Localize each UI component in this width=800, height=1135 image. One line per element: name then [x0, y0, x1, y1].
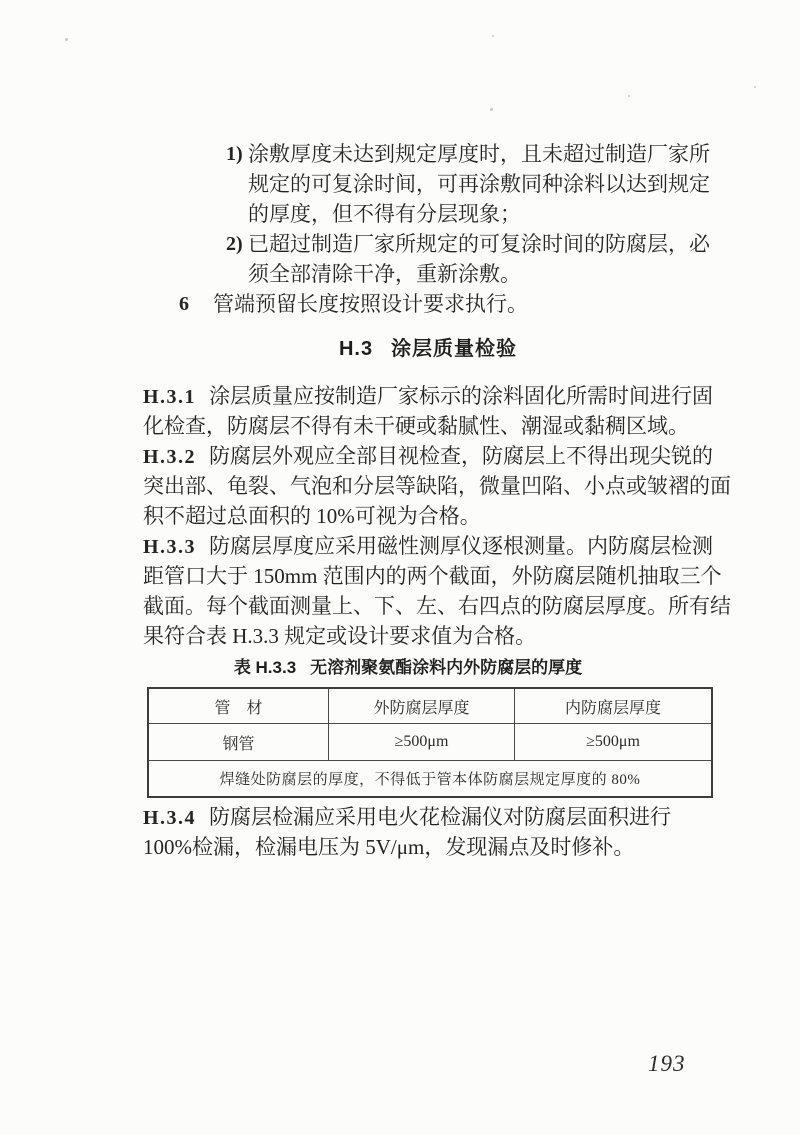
- scan-speck: [65, 38, 68, 41]
- section-title: 涂层质量检验: [391, 338, 517, 360]
- list-item-1: 涂敷厚度未达到规定厚度时，且未超过制造厂家所 规定的可复涂时间，可再涂敷同种涂料…: [248, 139, 710, 229]
- table-header-pipe-material: 管 材: [148, 688, 328, 724]
- scan-speck: [754, 86, 756, 88]
- table-note-row: 焊缝处防腐层的厚度，不得低于管本体防腐层规定厚度的 80%: [148, 761, 712, 798]
- clause-6-marker: 6: [179, 289, 189, 319]
- scan-speck: [492, 35, 494, 37]
- body-paragraphs: H.3.1涂层质量应按制造厂家标示的涂料固化所需时间进行固 化检查，防腐层不得有…: [143, 381, 715, 651]
- paragraph-h33-line: 果符合表 H.3.3 规定或设计要求值为合格。: [143, 621, 715, 651]
- list-item-1-line: 涂敷厚度未达到规定厚度时，且未超过制造厂家所: [248, 139, 710, 169]
- table-header-row: 管 材 外防腐层厚度 内防腐层厚度: [148, 688, 712, 724]
- scan-speck: [628, 95, 630, 97]
- paragraph-h33-line: H.3.3防腐层厚度应采用磁性测厚仪逐根测量。内防腐层检测: [143, 531, 715, 561]
- paragraph-h34-label: H.3.4: [143, 807, 196, 829]
- paragraph-h33-line: 距管口大于 150mm 范围内的两个截面，外防腐层随机抽取三个: [143, 561, 715, 591]
- paragraph-h33-line: 截面。每个截面测量上、下、左、右四点的防腐层厚度。所有结: [143, 591, 715, 621]
- paragraph-h32-line: H.3.2防腐层外观应全部目视检查，防腐层上不得出现尖锐的: [143, 441, 715, 471]
- paragraph-h34-line: 100%检漏，检漏电压为 5V/μm，发现漏点及时修补。: [143, 832, 715, 862]
- paragraph-h31-line: 化检查，防腐层不得有未干硬或黏腻性、潮湿或黏稠区域。: [143, 411, 715, 441]
- table-caption-title: 无溶剂聚氨酯涂料内外防腐层的厚度: [310, 658, 582, 677]
- list-item-2-line: 须全部清除干净，重新涂敷。: [248, 259, 710, 289]
- list-item-1-line: 规定的可复涂时间，可再涂敷同种涂料以达到规定: [248, 169, 710, 199]
- thickness-spec-table: 管 材 外防腐层厚度 内防腐层厚度 钢管 ≥500μm ≥500μm 焊缝处防腐…: [147, 687, 713, 798]
- table-cell-material: 钢管: [148, 724, 328, 761]
- paragraph-h33-label: H.3.3: [143, 536, 196, 558]
- paragraph-h32-line: 突出部、龟裂、气泡和分层等缺陷，微量凹陷、小点或皱褶的面: [143, 471, 715, 501]
- paragraph-h31-label: H.3.1: [143, 386, 196, 408]
- scanned-document-page: 1) 涂敷厚度未达到规定厚度时，且未超过制造厂家所 规定的可复涂时间，可再涂敷同…: [0, 0, 800, 1135]
- table-cell-inner-thickness: ≥500μm: [515, 724, 712, 761]
- page-number: 193: [648, 1051, 686, 1077]
- list-item-2-line: 已超过制造厂家所规定的可复涂时间的防腐层，必: [248, 229, 710, 259]
- section-heading: H.3涂层质量检验: [143, 338, 713, 360]
- table-row: 钢管 ≥500μm ≥500μm: [148, 724, 712, 761]
- paragraph-h34-line: H.3.4防腐层检漏应采用电火花检漏仪对防腐层面积进行: [143, 802, 715, 832]
- list-item-1-line: 的厚度，但不得有分层现象；: [248, 199, 710, 229]
- list-item-2-marker: 2): [226, 229, 243, 259]
- clause-6-text: 管端预留长度按照设计要求执行。: [213, 289, 528, 319]
- paragraph-h34: H.3.4防腐层检漏应采用电火花检漏仪对防腐层面积进行 100%检漏，检漏电压为…: [143, 802, 715, 862]
- scan-speck: [490, 108, 493, 111]
- section-number: H.3: [339, 338, 373, 360]
- table-cell-outer-thickness: ≥500μm: [328, 724, 514, 761]
- table-note: 焊缝处防腐层的厚度，不得低于管本体防腐层规定厚度的 80%: [148, 761, 712, 798]
- table-header-outer-coating: 外防腐层厚度: [328, 688, 514, 724]
- table-caption: 表 H.3.3无溶剂聚氨酯涂料内外防腐层的厚度: [118, 657, 698, 678]
- list-item-1-marker: 1): [226, 139, 243, 169]
- paragraph-h31-line: H.3.1涂层质量应按制造厂家标示的涂料固化所需时间进行固: [143, 381, 715, 411]
- table-caption-number: 表 H.3.3: [234, 658, 296, 677]
- paragraph-h32-label: H.3.2: [143, 446, 196, 468]
- list-item-2: 已超过制造厂家所规定的可复涂时间的防腐层，必 须全部清除干净，重新涂敷。: [248, 229, 710, 289]
- paragraph-h32-line: 积不超过总面积的 10%可视为合格。: [143, 501, 715, 531]
- clause-6: 管端预留长度按照设计要求执行。: [213, 289, 528, 319]
- table-header-inner-coating: 内防腐层厚度: [515, 688, 712, 724]
